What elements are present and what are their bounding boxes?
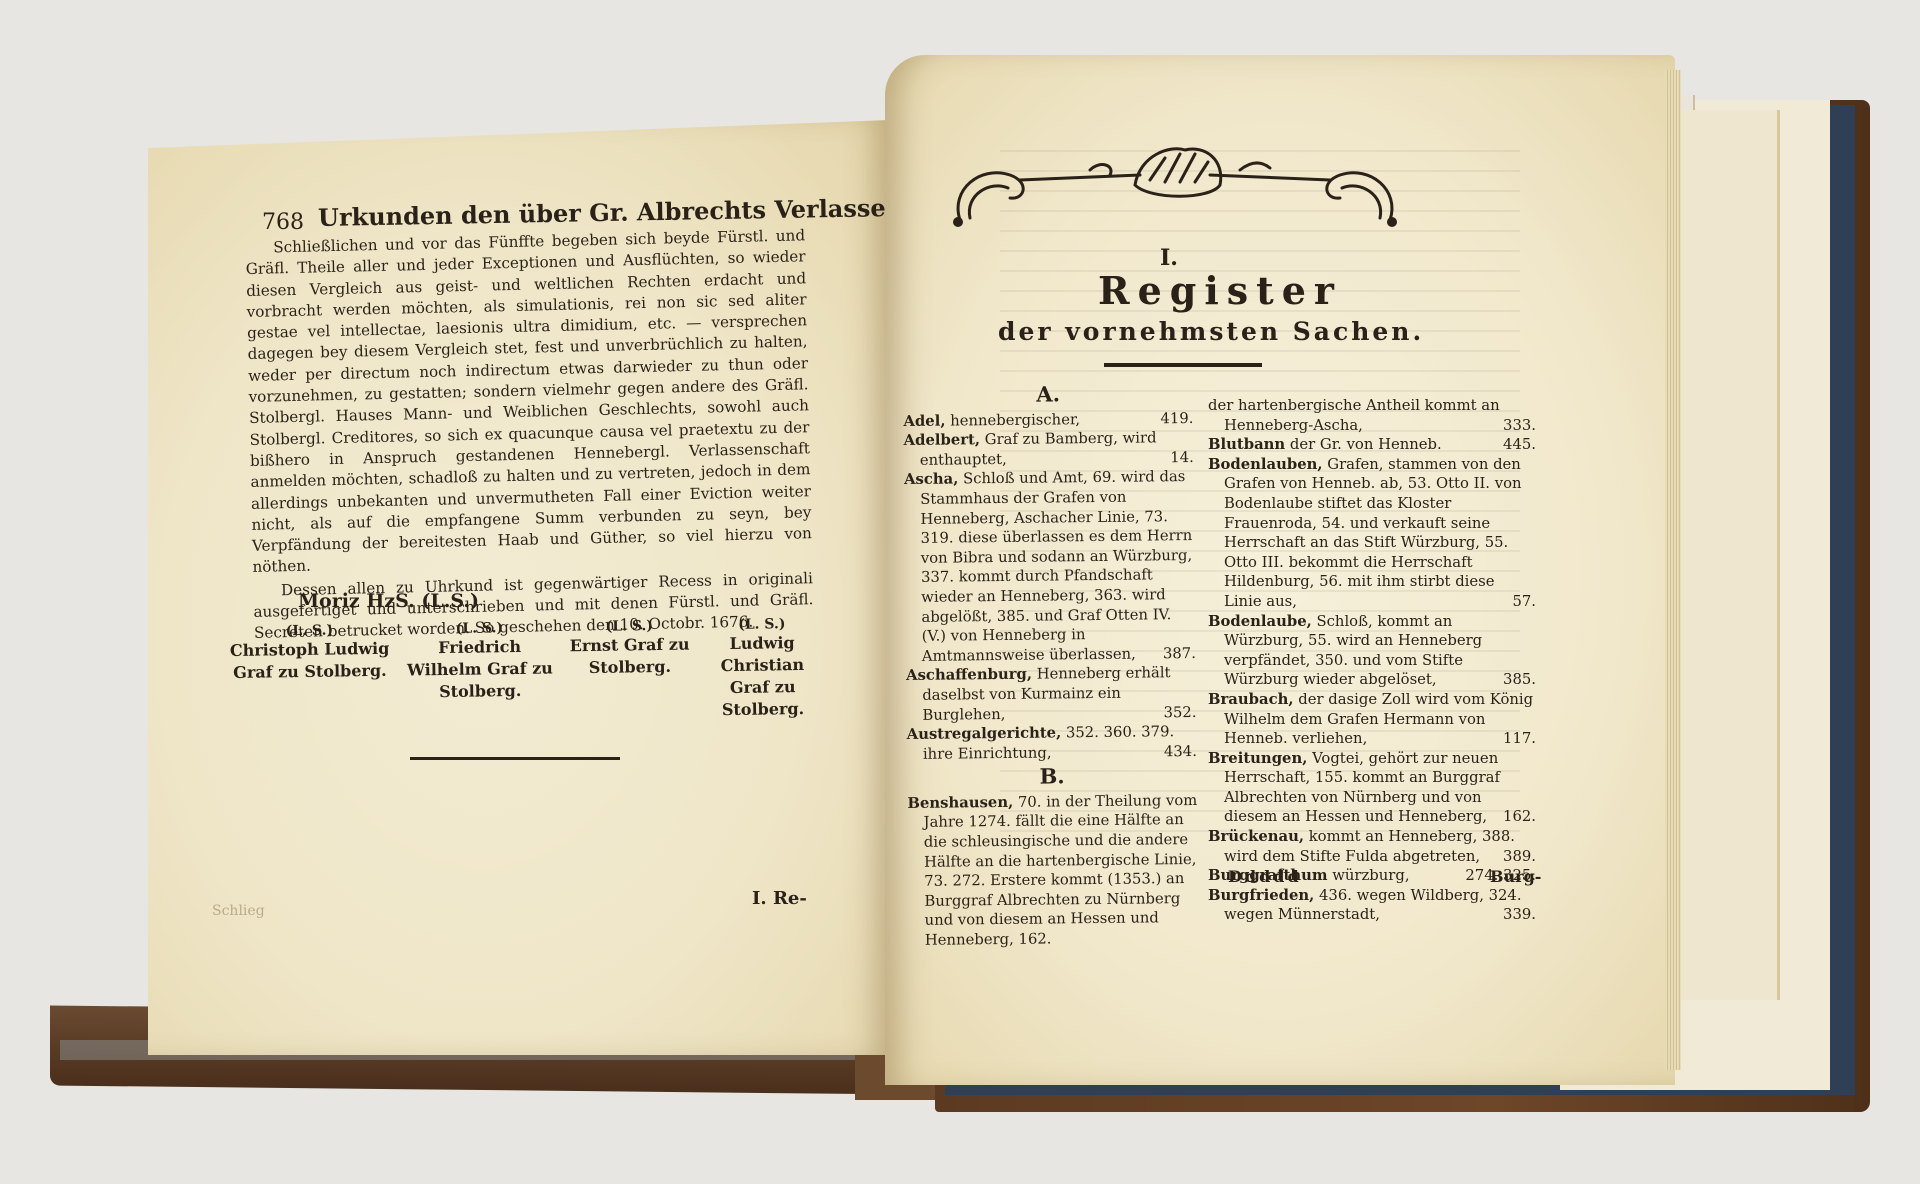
signer-name: Ludwig Christian Graf zu Stolberg. <box>699 632 825 722</box>
seal-mark: (L. S.) <box>569 618 689 636</box>
page-number: 768 <box>262 210 304 235</box>
signer-name: Christoph Ludwig Graf zu Stolberg. <box>229 638 390 684</box>
document-body: Schließlichen und vor das Fünffte begebe… <box>245 225 814 644</box>
index-entry: Austregalgerichte, 352. 360. 379. ihre E… <box>907 722 1197 764</box>
seal-mark: (L. S.) <box>699 616 824 634</box>
register-title: Register <box>1098 268 1342 313</box>
signer-name: Friedrich Wilhelm Graf zu Stolberg. <box>399 635 560 703</box>
signer: (L. S.) Christoph Ludwig Graf zu Stolber… <box>229 622 390 728</box>
index-column-1: A. Adel, hennebergischer,419. Adelbert, … <box>903 379 1199 951</box>
index-entry: Bodenlaube, Schloß, kommt an Würzburg, 5… <box>1208 612 1536 690</box>
index-entry: Burgfrieden, 436. wegen Wildberg, 324. w… <box>1208 886 1536 925</box>
index-entry: Benshausen, 70. in der Theilung vom Jahr… <box>907 791 1199 951</box>
page-stack-edge <box>1665 70 1681 1070</box>
index-letter: A. <box>903 383 1193 406</box>
title-rule <box>1104 363 1262 367</box>
signer-name: Ernst Graf zu Stolberg. <box>569 634 690 680</box>
register-subtitle: der vornehmsten Sachen. <box>998 317 1424 346</box>
catchword: I. Re- <box>752 888 807 909</box>
index-entry: der hartenbergische Antheil kommt an Hen… <box>1208 396 1536 435</box>
index-entry: Blutbann der Gr. von Henneb.445. <box>1208 435 1536 455</box>
index-entry: Aschaffenburg, Henneberg erhält daselbst… <box>906 663 1197 725</box>
index-entry: Bodenlauben, Grafen, stammen von den Gra… <box>1208 455 1536 612</box>
signer: (L. S.) Ernst Graf zu Stolberg. <box>569 618 690 724</box>
index-entry: Breitungen, Vogtei, gehört zur neuen Her… <box>1208 749 1536 827</box>
index-column-2: der hartenbergische Antheil kommt an Hen… <box>1208 396 1536 925</box>
section-rule <box>410 757 620 760</box>
signer: (L. S.) Friedrich Wilhelm Graf zu Stolbe… <box>399 619 560 725</box>
main-signature: Moriz HzS. (L.S.) <box>298 590 479 612</box>
signer-block: (L. S.) Christoph Ludwig Graf zu Stolber… <box>229 616 830 728</box>
signer: (L. S.) Ludwig Christian Graf zu Stolber… <box>699 616 825 722</box>
index-letter: B. <box>907 765 1197 788</box>
paragraph: Schließlichen und vor das Fünffte begebe… <box>245 225 813 578</box>
catchword: Burg- <box>1490 867 1541 886</box>
rococo-ornament-icon <box>940 140 1410 240</box>
index-entry: Brückenau, kommt an Henneberg, 388. wird… <box>1208 827 1536 866</box>
signature-mark: Schlieg <box>212 903 265 919</box>
index-entry: Braubach, der dasige Zoll wird vom König… <box>1208 690 1536 749</box>
index-entry: Ascha, Schloß und Amt, 69. wird das Stam… <box>904 467 1196 666</box>
signature-mark: Ddddd <box>1228 867 1302 886</box>
index-entry: Adelbert, Graf zu Bamberg, wird enthaupt… <box>904 428 1194 470</box>
